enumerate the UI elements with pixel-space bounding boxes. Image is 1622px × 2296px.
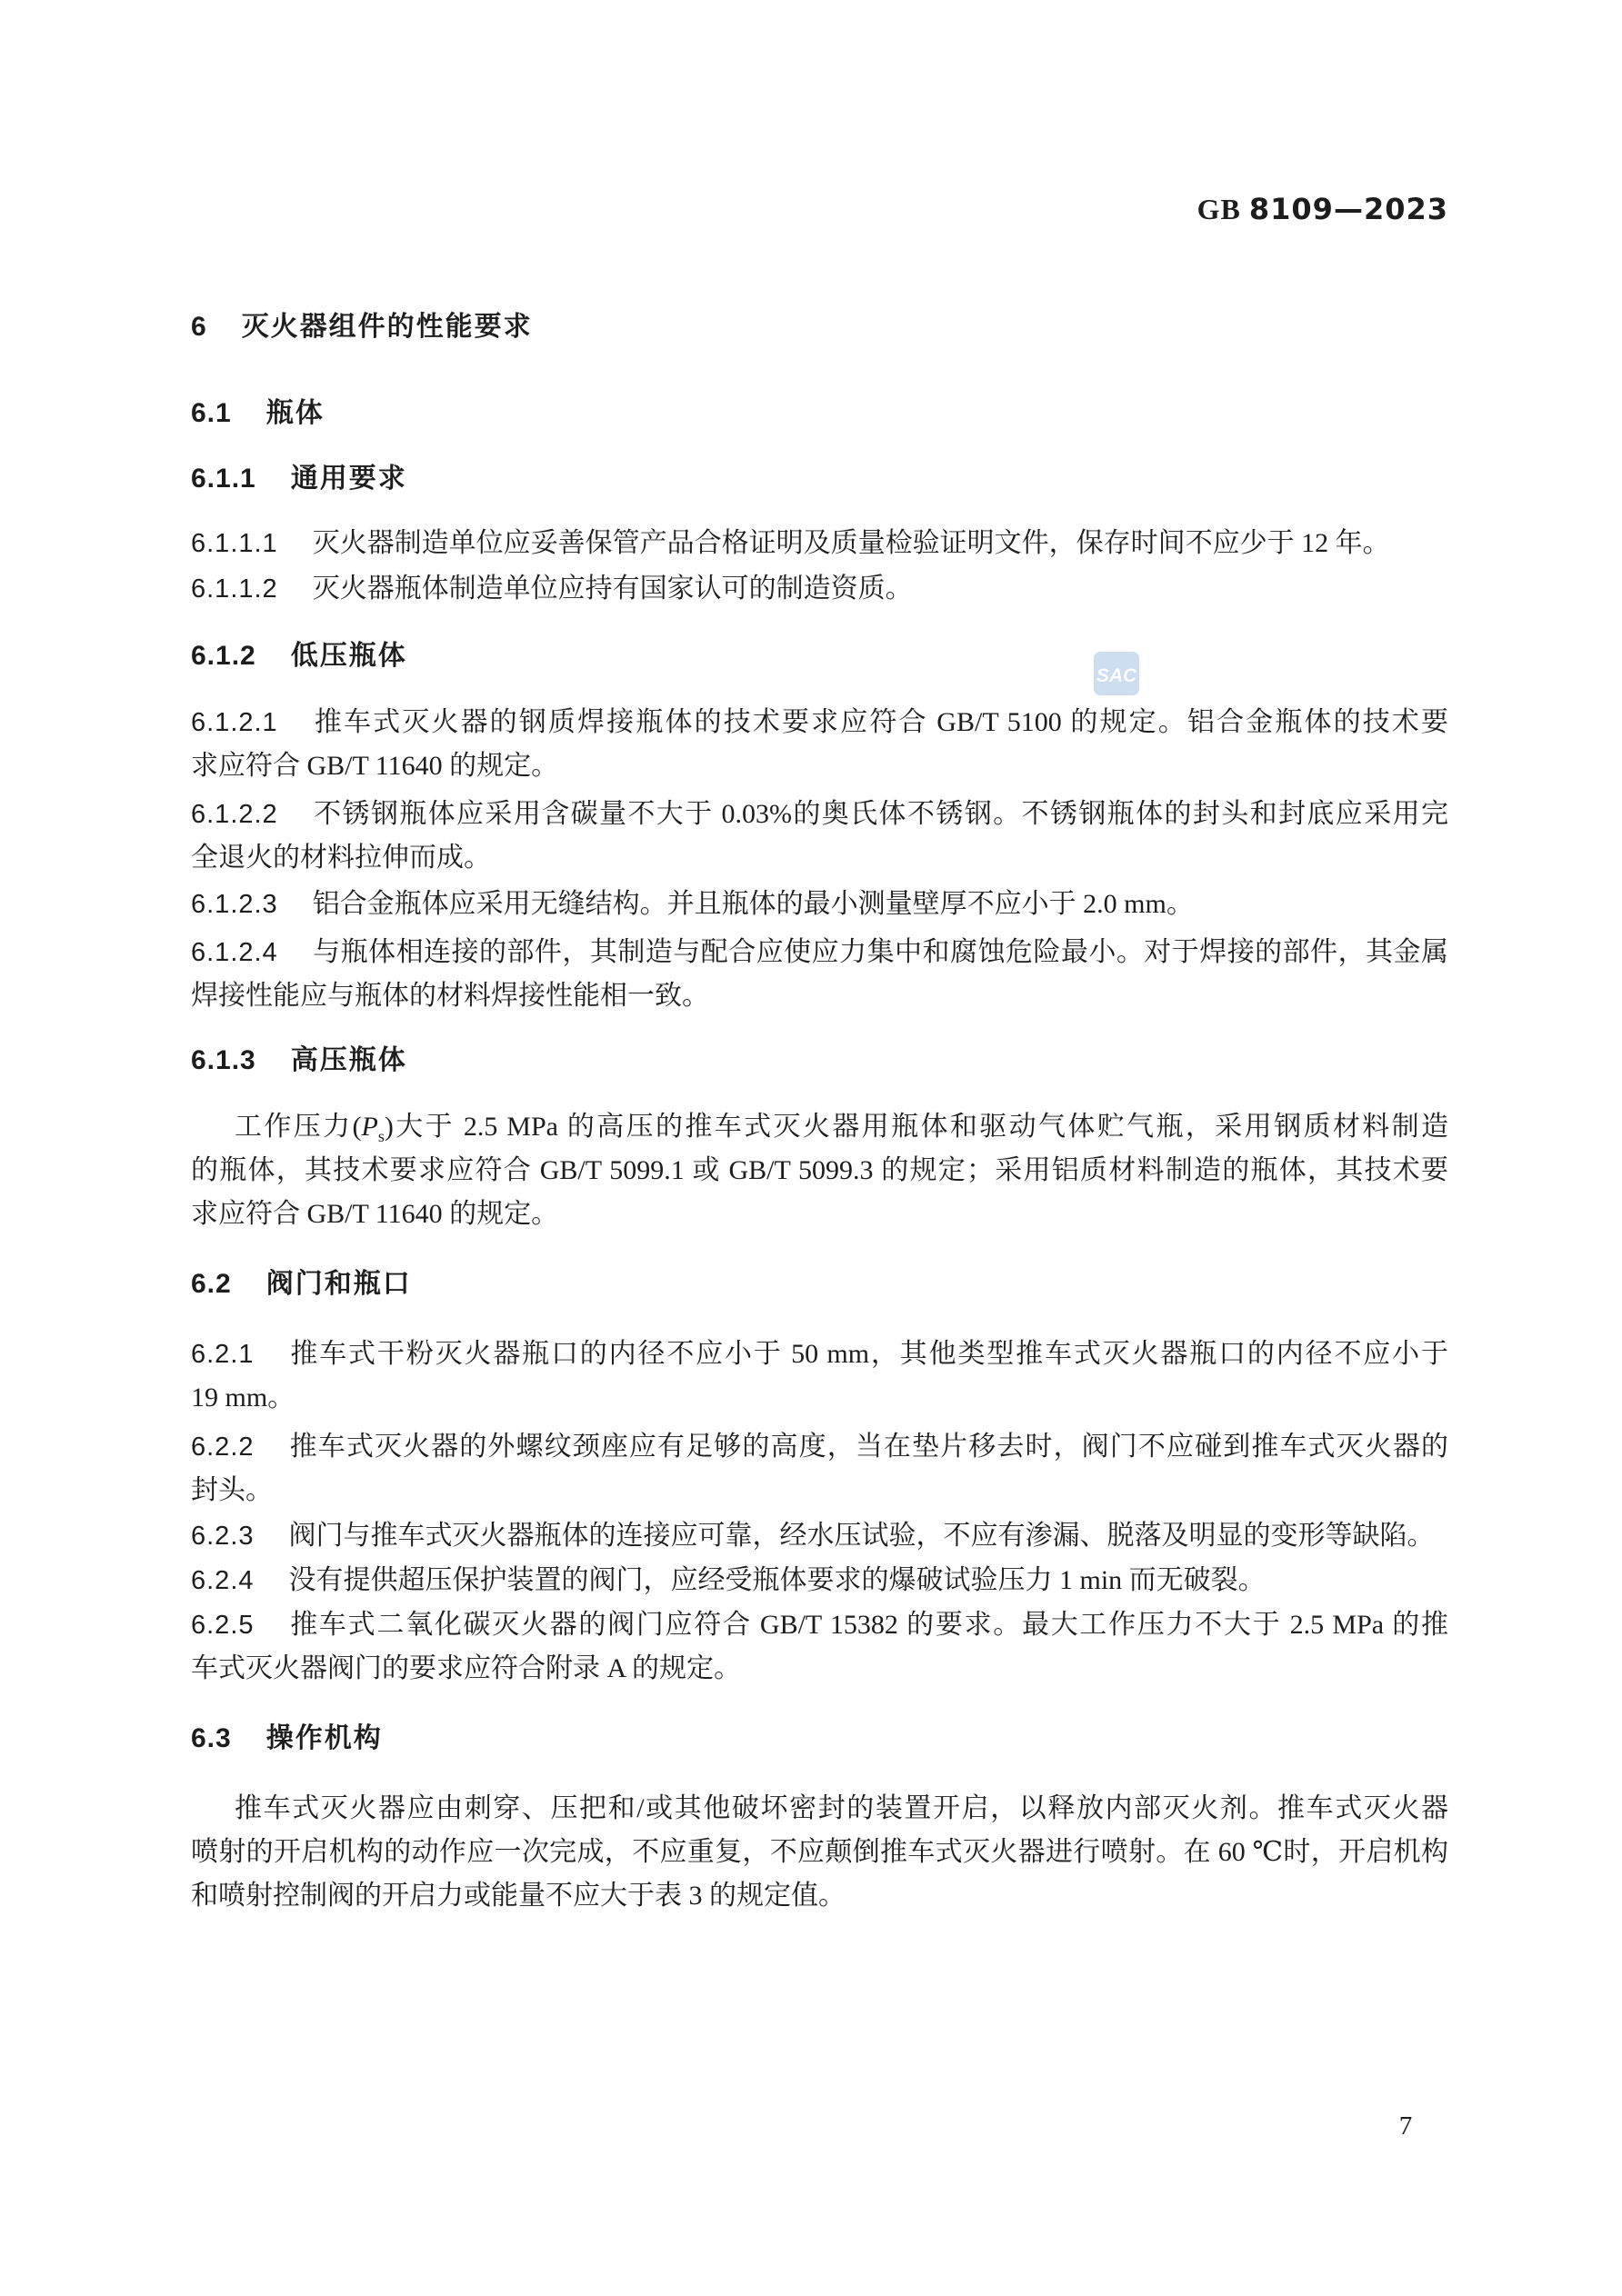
section-title: 灭火器组件的性能要求	[242, 312, 533, 342]
clause-line: 6.2.4没有提供超压保护装置的阀门，应经受瓶体要求的爆破试验压力 1 min …	[191, 1559, 1448, 1602]
clause-text: 推车式干粉灭火器瓶口的内径不应小于 50 mm，其他类型推车式灭火器瓶口的内径不…	[289, 1339, 1449, 1369]
clause-line: 6.2.3阀门与推车式灭火器瓶体的连接应可靠，经水压试验，不应有渗漏、脱落及明显…	[191, 1514, 1448, 1558]
section-heading-6-1-2: 6.1.2低压瓶体	[191, 634, 1448, 678]
clause-line: 6.2.1推车式干粉灭火器瓶口的内径不应小于 50 mm，其他类型推车式灭火器瓶…	[191, 1333, 1448, 1376]
clause-line: 19 mm。	[191, 1376, 1448, 1420]
clause-text: 求应符合 GB/T 11640 的规定。	[191, 751, 558, 781]
clause-line: 6.1.2.3铝合金瓶体应采用无缝结构。并且瓶体的最小测量壁厚不应小于 2.0 …	[191, 883, 1448, 926]
clause-number: 6.1.2.1	[191, 708, 278, 737]
document-page: GB 8109—2023 SAC 6灭火器组件的性能要求 6.1瓶体 6.1.1…	[0, 0, 1622, 2296]
clause-number: 6.1.1.1	[191, 529, 278, 558]
clause-line: 求应符合 GB/T 11640 的规定。	[191, 744, 1448, 788]
paragraph-6-1-3: 工作压力(Ps)大于 2.5 MPa 的高压的推车式灭火器用瓶体和驱动气体贮气瓶…	[191, 1105, 1448, 1236]
section-title: 阀门和瓶口	[266, 1269, 412, 1299]
clause-number: 6.1.2.2	[191, 800, 278, 829]
clause-line: 6.1.1.2灭火器瓶体制造单位应持有国家认可的制造资质。	[191, 567, 1448, 611]
paragraph-text: )大于 2.5 MPa 的高压的推车式灭火器用瓶体和驱动气体贮气瓶，采用钢质材料…	[385, 1112, 1448, 1142]
pressure-symbol: P	[362, 1112, 378, 1142]
section-heading-6-1: 6.1瓶体	[191, 392, 1448, 435]
paragraph-line: 求应符合 GB/T 11640 的规定。	[191, 1193, 1448, 1236]
clause-number: 6.2.4	[191, 1566, 255, 1595]
section-number: 6.1.1	[191, 464, 256, 494]
clause-text: 焊接性能应与瓶体的材料焊接性能相一致。	[191, 981, 709, 1011]
clause-6-2-5: 6.2.5推车式二氧化碳灭火器的阀门应符合 GB/T 15382 的要求。最大工…	[191, 1603, 1448, 1691]
paragraph-text: 求应符合 GB/T 11640 的规定。	[191, 1199, 558, 1229]
clause-line: 6.1.2.2不锈钢瓶体应采用含碳量不大于 0.03%的奥氏体不锈钢。不锈钢瓶体…	[191, 793, 1448, 836]
paragraph-text: 推车式灭火器应由刺穿、压把和/或其他破坏密封的装置开启，以释放内部灭火剂。推车式…	[235, 1793, 1448, 1823]
section-title: 低压瓶体	[291, 641, 407, 671]
clause-6-2-4: 6.2.4没有提供超压保护装置的阀门，应经受瓶体要求的爆破试验压力 1 min …	[191, 1559, 1448, 1602]
page-number: 7	[1364, 2104, 1447, 2148]
clause-line: 全退火的材料拉伸而成。	[191, 836, 1448, 880]
clause-line: 6.1.2.1推车式灭火器的钢质焊接瓶体的技术要求应符合 GB/T 5100 的…	[191, 701, 1448, 744]
section-number: 6.1	[191, 398, 232, 428]
section-title: 通用要求	[291, 464, 407, 494]
section-heading-6-1-1: 6.1.1通用要求	[191, 457, 1448, 501]
section-title: 操作机构	[266, 1723, 383, 1753]
section-number: 6.1.2	[191, 641, 256, 671]
section-number: 6	[191, 312, 207, 342]
clause-text: 铝合金瓶体应采用无缝结构。并且瓶体的最小测量壁厚不应小于 2.0 mm。	[313, 889, 1194, 919]
paragraph-line: 喷射的开启机构的动作应一次完成，不应重复，不应颠倒推车式灭火器进行喷射。在 60…	[191, 1831, 1448, 1874]
paragraph-text: 工作压力(	[235, 1112, 362, 1142]
clause-number: 6.2.2	[191, 1433, 255, 1462]
clause-number: 6.1.1.2	[191, 574, 278, 604]
clause-text: 与瓶体相连接的部件，其制造与配合应使应力集中和腐蚀危险最小。对于焊接的部件，其金…	[313, 937, 1448, 967]
paragraph-line: 和喷射控制阀的开启力或能量不应大于表 3 的规定值。	[191, 1874, 1448, 1918]
section-number: 6.2	[191, 1269, 232, 1299]
clause-6-1-1-2: 6.1.1.2灭火器瓶体制造单位应持有国家认可的制造资质。	[191, 567, 1448, 611]
clause-6-1-2-1: 6.1.2.1推车式灭火器的钢质焊接瓶体的技术要求应符合 GB/T 5100 的…	[191, 701, 1448, 788]
clause-line: 封头。	[191, 1469, 1448, 1512]
standard-code: GB 8109—2023	[191, 187, 1448, 231]
clause-text: 推车式灭火器的外螺纹颈座应有足够的高度，当在垫片移去时，阀门不应碰到推车式灭火器…	[289, 1432, 1449, 1462]
clause-text: 推车式二氧化碳灭火器的阀门应符合 GB/T 15382 的要求。最大工作压力不大…	[289, 1610, 1449, 1640]
clause-line: 6.2.2推车式灭火器的外螺纹颈座应有足够的高度，当在垫片移去时，阀门不应碰到推…	[191, 1425, 1448, 1469]
paragraph-text: 的瓶体，其技术要求应符合 GB/T 5099.1 或 GB/T 5099.3 的…	[191, 1155, 1448, 1185]
clause-text: 车式灭火器阀门的要求应符合附录 A 的规定。	[191, 1653, 741, 1683]
clause-number: 6.2.5	[191, 1611, 255, 1640]
clause-text: 灭火器瓶体制造单位应持有国家认可的制造资质。	[313, 574, 913, 604]
paragraph-text: 和喷射控制阀的开启力或能量不应大于表 3 的规定值。	[191, 1881, 846, 1911]
clause-number: 6.2.3	[191, 1522, 255, 1551]
clause-line: 6.2.5推车式二氧化碳灭火器的阀门应符合 GB/T 15382 的要求。最大工…	[191, 1603, 1448, 1647]
clause-6-2-3: 6.2.3阀门与推车式灭火器瓶体的连接应可靠，经水压试验，不应有渗漏、脱落及明显…	[191, 1514, 1448, 1558]
clause-text: 阀门与推车式灭火器瓶体的连接应可靠，经水压试验，不应有渗漏、脱落及明显的变形等缺…	[289, 1521, 1435, 1551]
standard-code-prefix: GB	[1197, 193, 1241, 225]
clause-text: 推车式灭火器的钢质焊接瓶体的技术要求应符合 GB/T 5100 的规定。铝合金瓶…	[313, 707, 1448, 737]
section-heading-6-1-3: 6.1.3高压瓶体	[191, 1039, 1448, 1083]
paragraph-line: 推车式灭火器应由刺穿、压把和/或其他破坏密封的装置开启，以释放内部灭火剂。推车式…	[191, 1787, 1448, 1831]
clause-text: 19 mm。	[191, 1383, 295, 1413]
clause-6-1-2-2: 6.1.2.2不锈钢瓶体应采用含碳量不大于 0.03%的奥氏体不锈钢。不锈钢瓶体…	[191, 793, 1448, 880]
clause-number: 6.1.2.3	[191, 890, 278, 919]
clause-text: 封头。	[191, 1475, 273, 1505]
clause-text: 不锈钢瓶体应采用含碳量不大于 0.03%的奥氏体不锈钢。不锈钢瓶体的封头和封底应…	[313, 799, 1448, 829]
paragraph-text: 喷射的开启机构的动作应一次完成，不应重复，不应颠倒推车式灭火器进行喷射。在 60…	[191, 1837, 1448, 1867]
pressure-symbol-subscript: s	[378, 1127, 385, 1145]
clause-6-2-2: 6.2.2推车式灭火器的外螺纹颈座应有足够的高度，当在垫片移去时，阀门不应碰到推…	[191, 1425, 1448, 1512]
section-heading-6-2: 6.2阀门和瓶口	[191, 1263, 1448, 1306]
clause-number: 6.1.2.4	[191, 938, 278, 967]
paragraph-line: 的瓶体，其技术要求应符合 GB/T 5099.1 或 GB/T 5099.3 的…	[191, 1149, 1448, 1193]
clause-text: 没有提供超压保护装置的阀门，应经受瓶体要求的爆破试验压力 1 min 而无破裂。	[289, 1565, 1266, 1595]
section-heading-6-3: 6.3操作机构	[191, 1717, 1448, 1761]
clause-line: 焊接性能应与瓶体的材料焊接性能相一致。	[191, 974, 1448, 1018]
section-number: 6.1.3	[191, 1045, 256, 1075]
standard-code-number: 8109—2023	[1249, 192, 1448, 226]
clause-line: 6.1.1.1灭火器制造单位应妥善保管产品合格证明及质量检验证明文件，保存时间不…	[191, 522, 1448, 565]
section-number: 6.3	[191, 1723, 232, 1753]
clause-text: 灭火器制造单位应妥善保管产品合格证明及质量检验证明文件，保存时间不应少于 12 …	[313, 528, 1390, 558]
section-title: 高压瓶体	[291, 1045, 407, 1075]
clause-6-1-1-1: 6.1.1.1灭火器制造单位应妥善保管产品合格证明及质量检验证明文件，保存时间不…	[191, 522, 1448, 565]
section-heading-6: 6灭火器组件的性能要求	[191, 305, 1448, 349]
paragraph-6-3: 推车式灭火器应由刺穿、压把和/或其他破坏密封的装置开启，以释放内部灭火剂。推车式…	[191, 1787, 1448, 1918]
clause-6-1-2-3: 6.1.2.3铝合金瓶体应采用无缝结构。并且瓶体的最小测量壁厚不应小于 2.0 …	[191, 883, 1448, 926]
clause-line: 6.1.2.4与瓶体相连接的部件，其制造与配合应使应力集中和腐蚀危险最小。对于焊…	[191, 931, 1448, 974]
clause-text: 全退火的材料拉伸而成。	[191, 843, 491, 873]
section-title: 瓶体	[266, 398, 325, 428]
clause-line: 车式灭火器阀门的要求应符合附录 A 的规定。	[191, 1647, 1448, 1691]
clause-number: 6.2.1	[191, 1340, 255, 1369]
paragraph-line: 工作压力(Ps)大于 2.5 MPa 的高压的推车式灭火器用瓶体和驱动气体贮气瓶…	[191, 1105, 1448, 1149]
clause-6-1-2-4: 6.1.2.4与瓶体相连接的部件，其制造与配合应使应力集中和腐蚀危险最小。对于焊…	[191, 931, 1448, 1018]
clause-6-2-1: 6.2.1推车式干粉灭火器瓶口的内径不应小于 50 mm，其他类型推车式灭火器瓶…	[191, 1333, 1448, 1420]
